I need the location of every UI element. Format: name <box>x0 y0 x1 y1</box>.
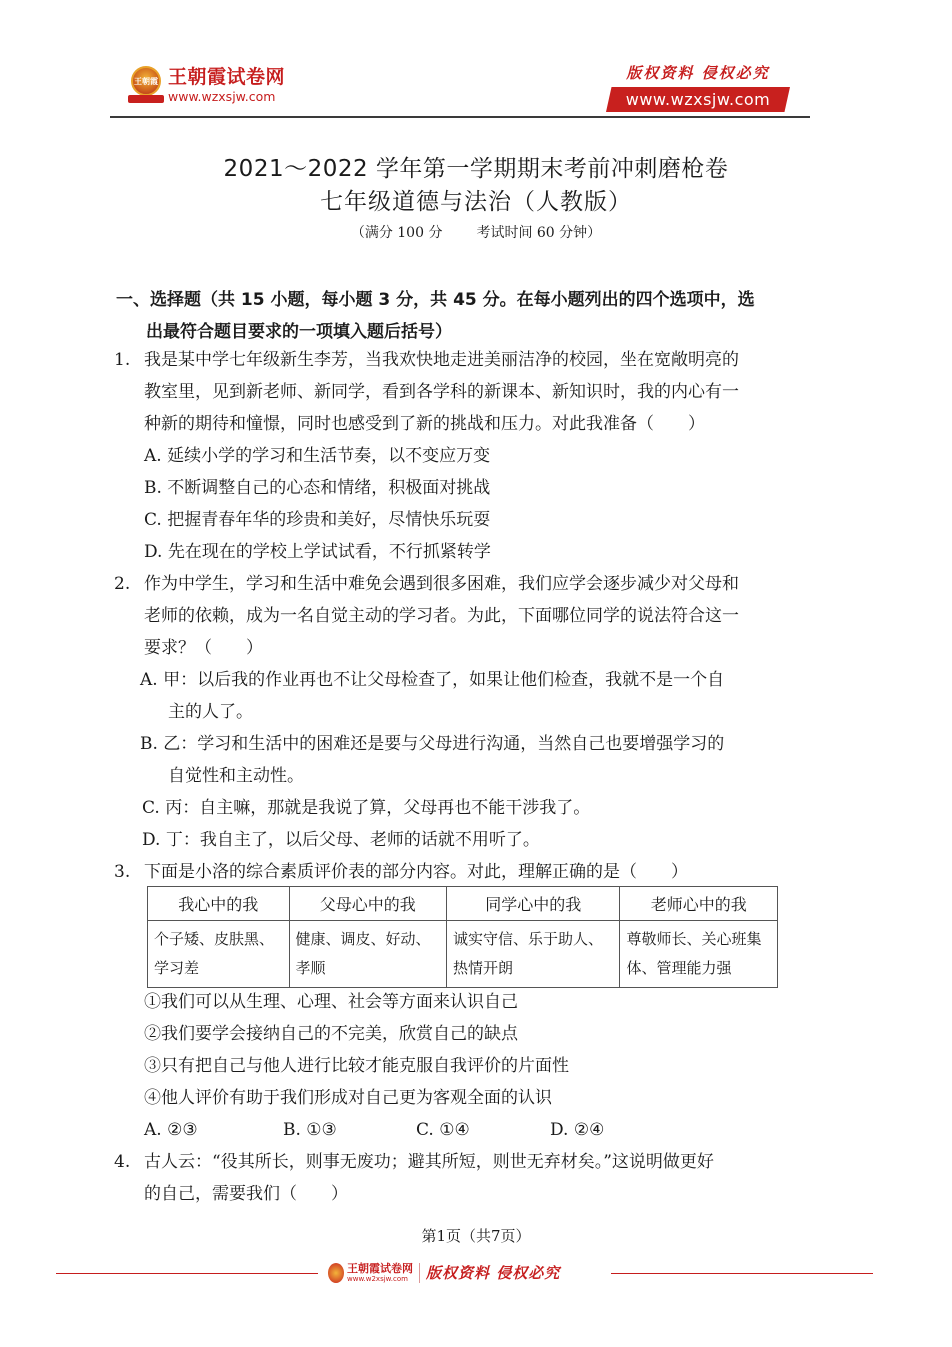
option-b: B. 不断调整自己的心态和情绪，积极面对挑战 <box>144 476 490 500</box>
question-number: 1. <box>114 348 130 372</box>
footer-separator <box>419 1263 420 1283</box>
table-cell: 尊敬师长、关心班集体、管理能力强 <box>620 921 778 988</box>
exam-time: 考试时间 60 分钟） <box>476 225 601 241</box>
question-stem: 种新的期待和憧憬，同时也感受到了新的挑战和压力。对此我准备（ ） <box>144 412 705 436</box>
url-banner: www.wzxsjw.com <box>606 87 790 112</box>
footer-copyright: 版权资料 侵权必究 <box>426 1262 560 1283</box>
option-a-cont: 主的人了。 <box>168 700 253 724</box>
header-divider <box>110 116 810 118</box>
footer-logo-name: 王朝霞试卷网 <box>347 1263 413 1274</box>
statement-3: ③只有把自己与他人进行比较才能克服自我评价的片面性 <box>144 1054 569 1078</box>
section-heading: 一、选择题（共 15 小题，每小题 3 分，共 45 分。在每小题列出的四个选项… <box>116 284 816 348</box>
question-stem: 作为中学生，学习和生活中难免会遇到很多困难，我们应学会逐步减少对父母和 <box>144 572 739 596</box>
emblem-icon <box>328 1263 344 1283</box>
table-header-row: 我心中的我 父母心中的我 同学心中的我 老师心中的我 <box>148 887 778 921</box>
option-b: B. ①③ <box>283 1118 337 1142</box>
page-number: 第1页（共7页） <box>0 1225 952 1246</box>
question-stem: 下面是小洛的综合素质评价表的部分内容。对此，理解正确的是（ ） <box>144 860 688 884</box>
option-a: A. 延续小学的学习和生活节奏，以不变应万变 <box>144 444 490 468</box>
option-c: C. ①④ <box>416 1118 470 1142</box>
option-d: D. 丁：我自主了，以后父母、老师的话就不用听了。 <box>142 828 540 852</box>
question-stem: 老师的依赖，成为一名自觉主动的学习者。为此，下面哪位同学的说法符合这一 <box>144 604 739 628</box>
statement-1: ①我们可以从生理、心理、社会等方面来认识自己 <box>144 990 518 1014</box>
question-stem: 要求？（ ） <box>144 636 263 660</box>
logo-name: 王朝霞试卷网 <box>168 68 285 87</box>
question-stem: 的自己，需要我们（ ） <box>144 1182 348 1206</box>
statement-2: ②我们要学会接纳自己的不完美，欣赏自己的缺点 <box>144 1022 518 1046</box>
option-b-cont: 自觉性和主动性。 <box>168 764 304 788</box>
table-header: 老师心中的我 <box>620 887 778 921</box>
full-score: （满分 100 分 <box>351 225 443 241</box>
option-a: A. ②③ <box>144 1118 198 1142</box>
option-a: A. 甲：以后我的作业再也不让父母检查了，如果让他们检查，我就不是一个自 <box>140 668 724 692</box>
option-c: C. 把握青春年华的珍贵和美好，尽情快乐玩耍 <box>144 508 490 532</box>
question-stem: 我是某中学七年级新生李芳，当我欢快地走进美丽洁净的校园，坐在宽敞明亮的 <box>144 348 739 372</box>
question-stem: 古人云：“役其所长，则事无废功；避其所短，则世无弃材矣。”这说明做更好 <box>144 1150 714 1174</box>
table-header: 父母心中的我 <box>289 887 447 921</box>
statement-4: ④他人评价有助于我们形成对自己更为客观全面的认识 <box>144 1086 552 1110</box>
copyright-block: 版权资料 侵权必究 www.wzxsjw.com <box>606 62 790 112</box>
exam-info: （满分 100 分考试时间 60 分钟） <box>0 222 952 242</box>
copyright-notice: 版权资料 侵权必究 <box>606 62 790 83</box>
option-b: B. 乙：学习和生活中的困难还是要与父母进行沟通，当然自己也要增强学习的 <box>140 732 724 756</box>
exam-subject: 七年级道德与法治（人教版） <box>0 183 952 216</box>
option-c: C. 丙：自主嘛，那就是我说了算，父母再也不能干涉我了。 <box>142 796 590 820</box>
table-cell: 诚实守信、乐于助人、热情开朗 <box>447 921 620 988</box>
question-number: 3. <box>114 860 130 884</box>
footer-banner: 王朝霞试卷网 www.w2xsjw.com 版权资料 侵权必究 <box>56 1262 872 1286</box>
question-number: 4. <box>114 1150 130 1174</box>
table-row: 个子矮、皮肤黑、学习差 健康、调皮、好动、孝顺 诚实守信、乐于助人、热情开朗 尊… <box>148 921 778 988</box>
table-header: 我心中的我 <box>148 887 290 921</box>
table-cell: 个子矮、皮肤黑、学习差 <box>148 921 290 988</box>
logo-url: www.wzxsjw.com <box>168 91 285 104</box>
footer-logo-url: www.w2xsjw.com <box>347 1276 413 1283</box>
site-logo: 王朝霞 王朝霞试卷网 www.wzxsjw.com <box>128 64 285 108</box>
emblem-icon: 王朝霞 <box>128 64 164 108</box>
option-d: D. 先在现在的学校上学试试看，不行抓紧转学 <box>144 540 491 564</box>
table-header: 同学心中的我 <box>447 887 620 921</box>
question-stem: 教室里，见到新老师、新同学，看到各学科的新课本、新知识时，我的内心有一 <box>144 380 739 404</box>
question-number: 2. <box>114 572 130 596</box>
footer-rule-left <box>56 1273 318 1274</box>
table-cell: 健康、调皮、好动、孝顺 <box>289 921 447 988</box>
option-d: D. ②④ <box>550 1118 604 1142</box>
evaluation-table: 我心中的我 父母心中的我 同学心中的我 老师心中的我 个子矮、皮肤黑、学习差 健… <box>147 886 778 988</box>
exam-title: 2021～2022 学年第一学期期末考前冲刺磨枪卷 <box>0 150 952 183</box>
footer-rule-right <box>611 1273 873 1274</box>
